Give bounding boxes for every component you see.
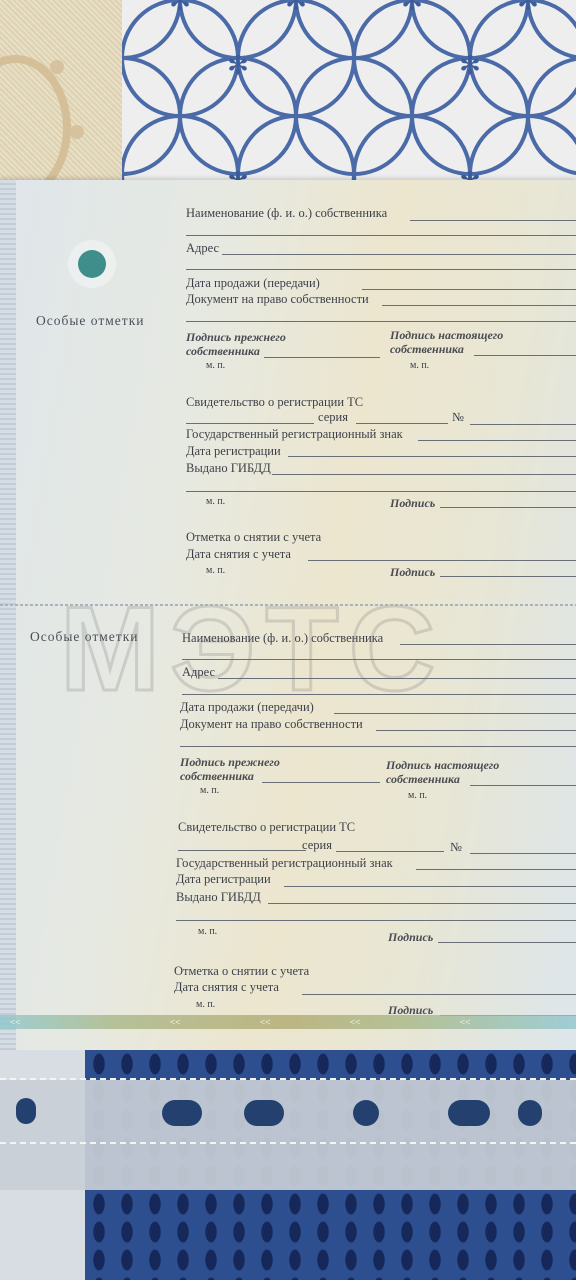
sale-date-field[interactable] — [334, 713, 576, 714]
reg-date-field[interactable] — [288, 456, 576, 457]
prev-owner-sig-label-2: собственника — [180, 769, 254, 784]
perforation-hole — [448, 1100, 490, 1126]
address-label: Адрес — [186, 241, 219, 256]
owner-name-label: Наименование (ф. и. о.) собственника — [186, 206, 387, 221]
number-label: № — [450, 840, 462, 855]
ownership-doc-field[interactable] — [376, 730, 576, 731]
issued-by-field[interactable] — [272, 474, 576, 475]
security-band: << << << << << — [0, 1015, 576, 1029]
ownership-doc-field-cont[interactable] — [186, 321, 576, 322]
issued-by-field[interactable] — [268, 903, 576, 904]
issued-by-field-cont[interactable] — [186, 491, 576, 492]
blue-circle-pattern: ✻✻✻✻ ✻✻ ✻✻ — [122, 0, 576, 200]
prev-owner-signature-field[interactable] — [264, 357, 380, 358]
address-field-cont[interactable] — [186, 269, 576, 270]
sale-date-field[interactable] — [362, 289, 576, 290]
issued-by-field-cont[interactable] — [176, 920, 576, 921]
svg-text:✻: ✻ — [285, 0, 307, 16]
reg-cert-prefix-field[interactable] — [186, 423, 314, 424]
deregistration-date-field[interactable] — [302, 994, 576, 995]
number-field[interactable] — [470, 853, 576, 854]
page-binding-edge — [0, 180, 16, 1060]
stamp-label: м. п. — [410, 360, 429, 371]
stamp-label: м. п. — [206, 496, 225, 507]
issued-by-label: Выдано ГИБДД — [186, 461, 271, 476]
series-label: серия — [302, 838, 332, 853]
stamp-label: м. п. — [206, 565, 225, 576]
ownership-doc-label: Документ на право собственности — [180, 717, 363, 732]
perforation-hole — [353, 1100, 379, 1126]
plate-field[interactable] — [418, 440, 576, 441]
prev-owner-signature-field[interactable] — [262, 782, 380, 783]
svg-text:✻: ✻ — [401, 0, 423, 16]
deregistration-title: Отметка о снятии с учета — [174, 964, 309, 979]
address-field[interactable] — [218, 678, 576, 679]
plate-field[interactable] — [416, 869, 576, 870]
punch-hole — [78, 250, 106, 278]
plate-label: Государственный регистрационный знак — [186, 427, 403, 442]
sleeve-binding-strip — [0, 1080, 576, 1190]
sleeve-seam — [0, 1142, 576, 1144]
owner-name-field[interactable] — [400, 644, 576, 645]
stamp-label: м. п. — [196, 999, 215, 1010]
signature-label: Подпись — [388, 930, 433, 945]
deregistration-date-label: Дата снятия с учета — [186, 547, 291, 562]
perforation-hole — [518, 1100, 542, 1126]
signature-field[interactable] — [440, 507, 576, 508]
series-label: серия — [318, 410, 348, 425]
signature-label: Подпись — [390, 496, 435, 511]
owner-name-field-cont[interactable] — [186, 235, 576, 236]
svg-text:✻: ✻ — [169, 0, 191, 16]
prev-owner-sig-label-2: собственника — [186, 344, 260, 359]
deregistration-date-label: Дата снятия с учета — [174, 980, 279, 995]
owner-name-field[interactable] — [410, 220, 576, 221]
special-notes-label: Особые отметки — [36, 313, 145, 329]
background-tablecloth: ✻✻✻✻ ✻✻ ✻✻ — [0, 0, 576, 200]
prev-owner-sig-label: Подпись прежнего — [180, 755, 280, 770]
reg-cert-label: Свидетельство о регистрации ТС — [178, 820, 355, 835]
sale-date-label: Дата продажи (передачи) — [186, 276, 320, 291]
signature-label: Подпись — [390, 565, 435, 580]
deregistration-date-field[interactable] — [308, 560, 576, 561]
curr-owner-sig-label: Подпись настоящего — [390, 328, 503, 343]
prev-owner-sig-label: Подпись прежнего — [186, 330, 286, 345]
section-divider — [0, 604, 576, 606]
plastic-sleeve — [0, 1050, 576, 1280]
stamp-label: м. п. — [206, 360, 225, 371]
svg-text:✻: ✻ — [227, 51, 249, 80]
address-field-cont[interactable] — [182, 694, 576, 695]
ownership-doc-field-cont[interactable] — [180, 746, 576, 747]
sleeve-seam — [0, 1078, 576, 1080]
stamp-label: м. п. — [200, 785, 219, 796]
number-field[interactable] — [470, 424, 576, 425]
svg-text:✻: ✻ — [459, 51, 481, 80]
vehicle-passport-page: МЭТС Особые отметки Наименование (ф. и. … — [0, 180, 576, 1060]
special-notes-label: Особые отметки — [30, 629, 139, 645]
curr-owner-sig-label-2: собственника — [390, 342, 464, 357]
address-label: Адрес — [182, 665, 215, 680]
ownership-doc-field[interactable] — [382, 305, 576, 306]
perforation-hole — [162, 1100, 202, 1126]
stamp-label: м. п. — [408, 790, 427, 801]
owner-name-label: Наименование (ф. и. о.) собственника — [182, 631, 383, 646]
series-field[interactable] — [356, 423, 448, 424]
curr-owner-sig-label-2: собственника — [386, 772, 460, 787]
reg-date-field[interactable] — [284, 886, 576, 887]
signature-field[interactable] — [438, 942, 576, 943]
address-field[interactable] — [222, 254, 576, 255]
curr-owner-signature-field[interactable] — [474, 355, 576, 356]
stamp-label: м. п. — [198, 926, 217, 937]
reg-cert-prefix-field[interactable] — [178, 850, 306, 851]
plate-label: Государственный регистрационный знак — [176, 856, 393, 871]
deregistration-title: Отметка о снятии с учета — [186, 530, 321, 545]
svg-text:✻: ✻ — [517, 0, 539, 16]
reg-date-label: Дата регистрации — [186, 444, 281, 459]
ownership-doc-label: Документ на право собственности — [186, 292, 369, 307]
owner-name-field-cont[interactable] — [182, 659, 576, 660]
perforation-hole — [244, 1100, 284, 1126]
series-field[interactable] — [336, 851, 444, 852]
signature-field[interactable] — [440, 576, 576, 577]
sale-date-label: Дата продажи (передачи) — [180, 700, 314, 715]
number-label: № — [452, 410, 464, 425]
reg-date-label: Дата регистрации — [176, 872, 271, 887]
dot-ornament — [70, 125, 84, 139]
curr-owner-sig-label: Подпись настоящего — [386, 758, 499, 773]
dot-ornament — [50, 60, 64, 74]
issued-by-label: Выдано ГИБДД — [176, 890, 261, 905]
curr-owner-signature-field[interactable] — [470, 785, 576, 786]
perforation-hole — [16, 1098, 36, 1124]
reg-cert-label: Свидетельство о регистрации ТС — [186, 395, 363, 410]
watermark: МЭТС — [60, 580, 445, 718]
